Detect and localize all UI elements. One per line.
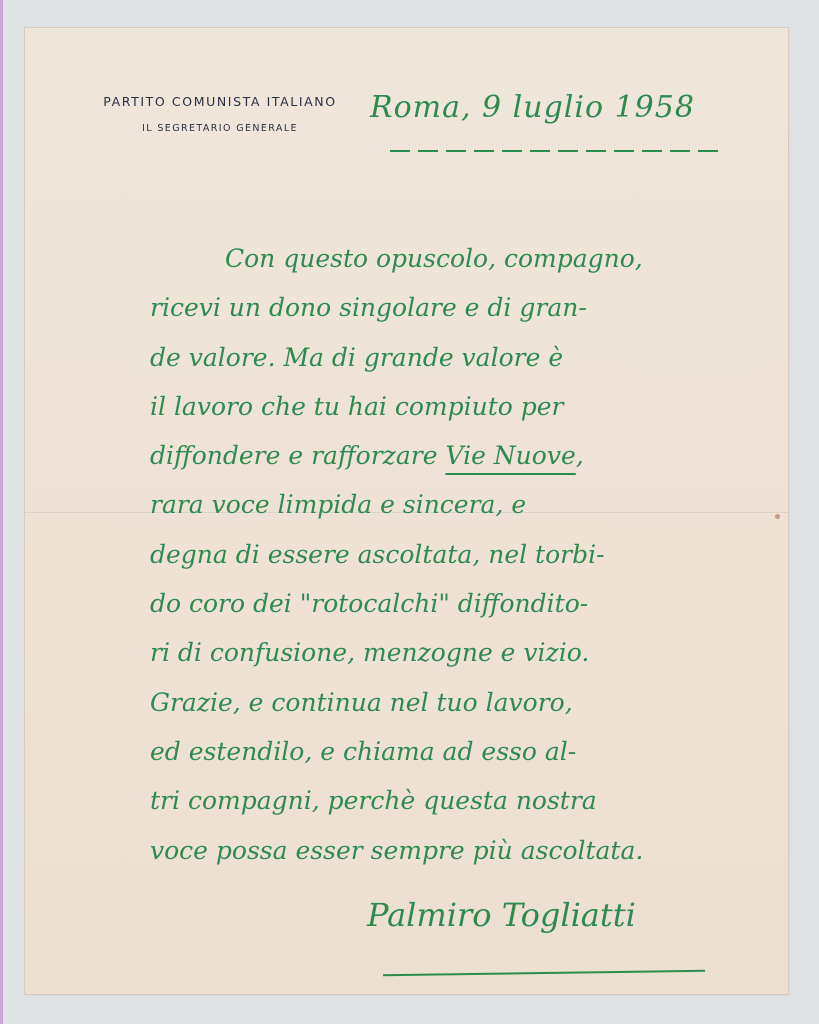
body-line: ed estendilo, e chiama ad esso al- xyxy=(150,727,790,776)
body-line: ri di confusione, menzogne e vizio. xyxy=(150,628,790,677)
signature-underline xyxy=(383,970,705,976)
body-line: voce possa esser sempre più ascoltata. xyxy=(150,826,790,875)
letterhead-party: PARTITO COMUNISTA ITALIANO xyxy=(75,94,365,109)
body-line: degna di essere ascoltata, nel torbi- xyxy=(150,530,790,579)
body-line: de valore. Ma di grande valore è xyxy=(150,333,790,382)
body-line: ricevi un dono singolare e di gran- xyxy=(150,283,790,332)
body-line: diffondere e rafforzare xyxy=(150,441,438,470)
comma: , xyxy=(576,441,584,470)
letter-body: Con questo opuscolo, compagno, ricevi un… xyxy=(150,234,790,875)
letter-date: Roma, 9 luglio 1958 xyxy=(370,90,695,125)
date-underline xyxy=(390,150,720,152)
body-line: Con questo opuscolo, compagno, xyxy=(150,234,790,283)
body-line-with-title: diffondere e rafforzare Vie Nuove, xyxy=(150,431,790,480)
body-line: do coro dei "rotocalchi" diffondito- xyxy=(150,579,790,628)
letterhead: PARTITO COMUNISTA ITALIANO IL SEGRETARIO… xyxy=(75,94,365,134)
body-line: Grazie, e continua nel tuo lavoro, xyxy=(150,678,790,727)
signature: Palmiro Togliatti xyxy=(367,896,636,934)
newspaper-title: Vie Nuove xyxy=(445,441,575,470)
body-line: il lavoro che tu hai compiuto per xyxy=(150,382,790,431)
body-line: rara voce limpida e sincera, e xyxy=(150,480,790,529)
scan-edge xyxy=(0,0,3,1024)
letter-paper: PARTITO COMUNISTA ITALIANO IL SEGRETARIO… xyxy=(25,28,788,994)
letterhead-role: IL SEGRETARIO GENERALE xyxy=(75,123,365,134)
body-line: tri compagni, perchè questa nostra xyxy=(150,776,790,825)
